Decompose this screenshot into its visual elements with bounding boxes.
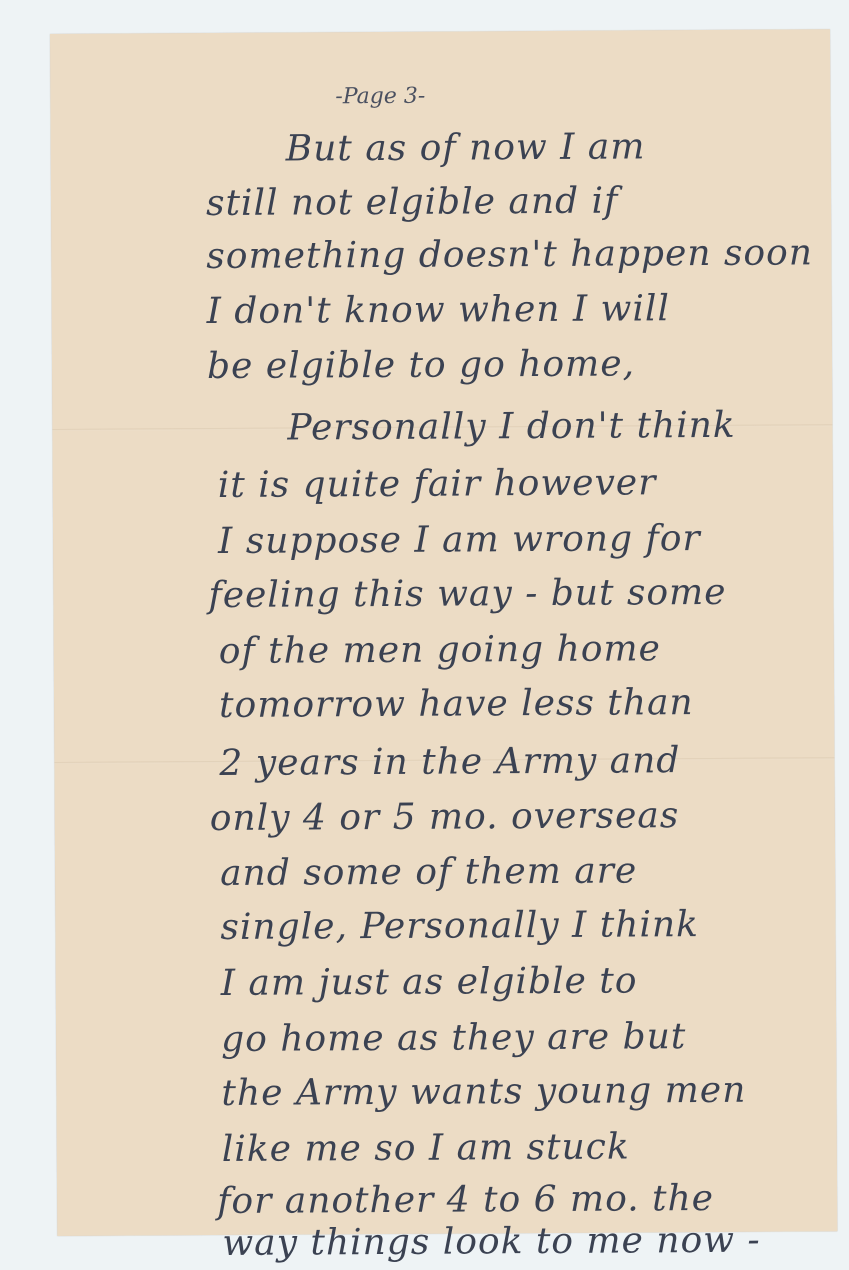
- page-number-heading: -Page 3-: [335, 84, 425, 110]
- letter-line: go home as they are but: [221, 1016, 686, 1060]
- letter-line: Personally I don't think: [287, 405, 736, 449]
- letter-line: But as of now I am: [286, 126, 646, 169]
- letter-line: I am just as elgible to: [221, 960, 638, 1004]
- letter-line: only 4 or 5 mo. overseas: [210, 795, 680, 839]
- letter-line: way things look to me now -: [222, 1220, 760, 1264]
- letter-line: for another 4 to 6 mo. the: [217, 1178, 714, 1222]
- letter-line: be elgible to go home,: [207, 343, 635, 387]
- letter-line: something doesn't happen soon: [206, 232, 813, 277]
- letter-line: still not elgible and if: [206, 181, 619, 225]
- letter-line: tomorrow have less than: [219, 682, 694, 726]
- letter-page: -Page 3- But as of now I am still not el…: [50, 29, 837, 1236]
- letter-line: and some of them are: [220, 850, 637, 894]
- letter-line: it is quite fair however: [218, 462, 657, 506]
- letter-line: like me so I am stuck: [222, 1126, 630, 1169]
- letter-line: I don't know when I will: [207, 288, 671, 332]
- letter-line: of the men going home: [219, 628, 661, 672]
- letter-line: single, Personally I think: [220, 904, 699, 948]
- letter-line: feeling this way - but some: [208, 572, 726, 616]
- letter-line: the Army wants young men: [221, 1070, 746, 1114]
- letter-line: I suppose I am wrong for: [218, 518, 701, 562]
- letter-line: 2 years in the Army and: [219, 740, 680, 784]
